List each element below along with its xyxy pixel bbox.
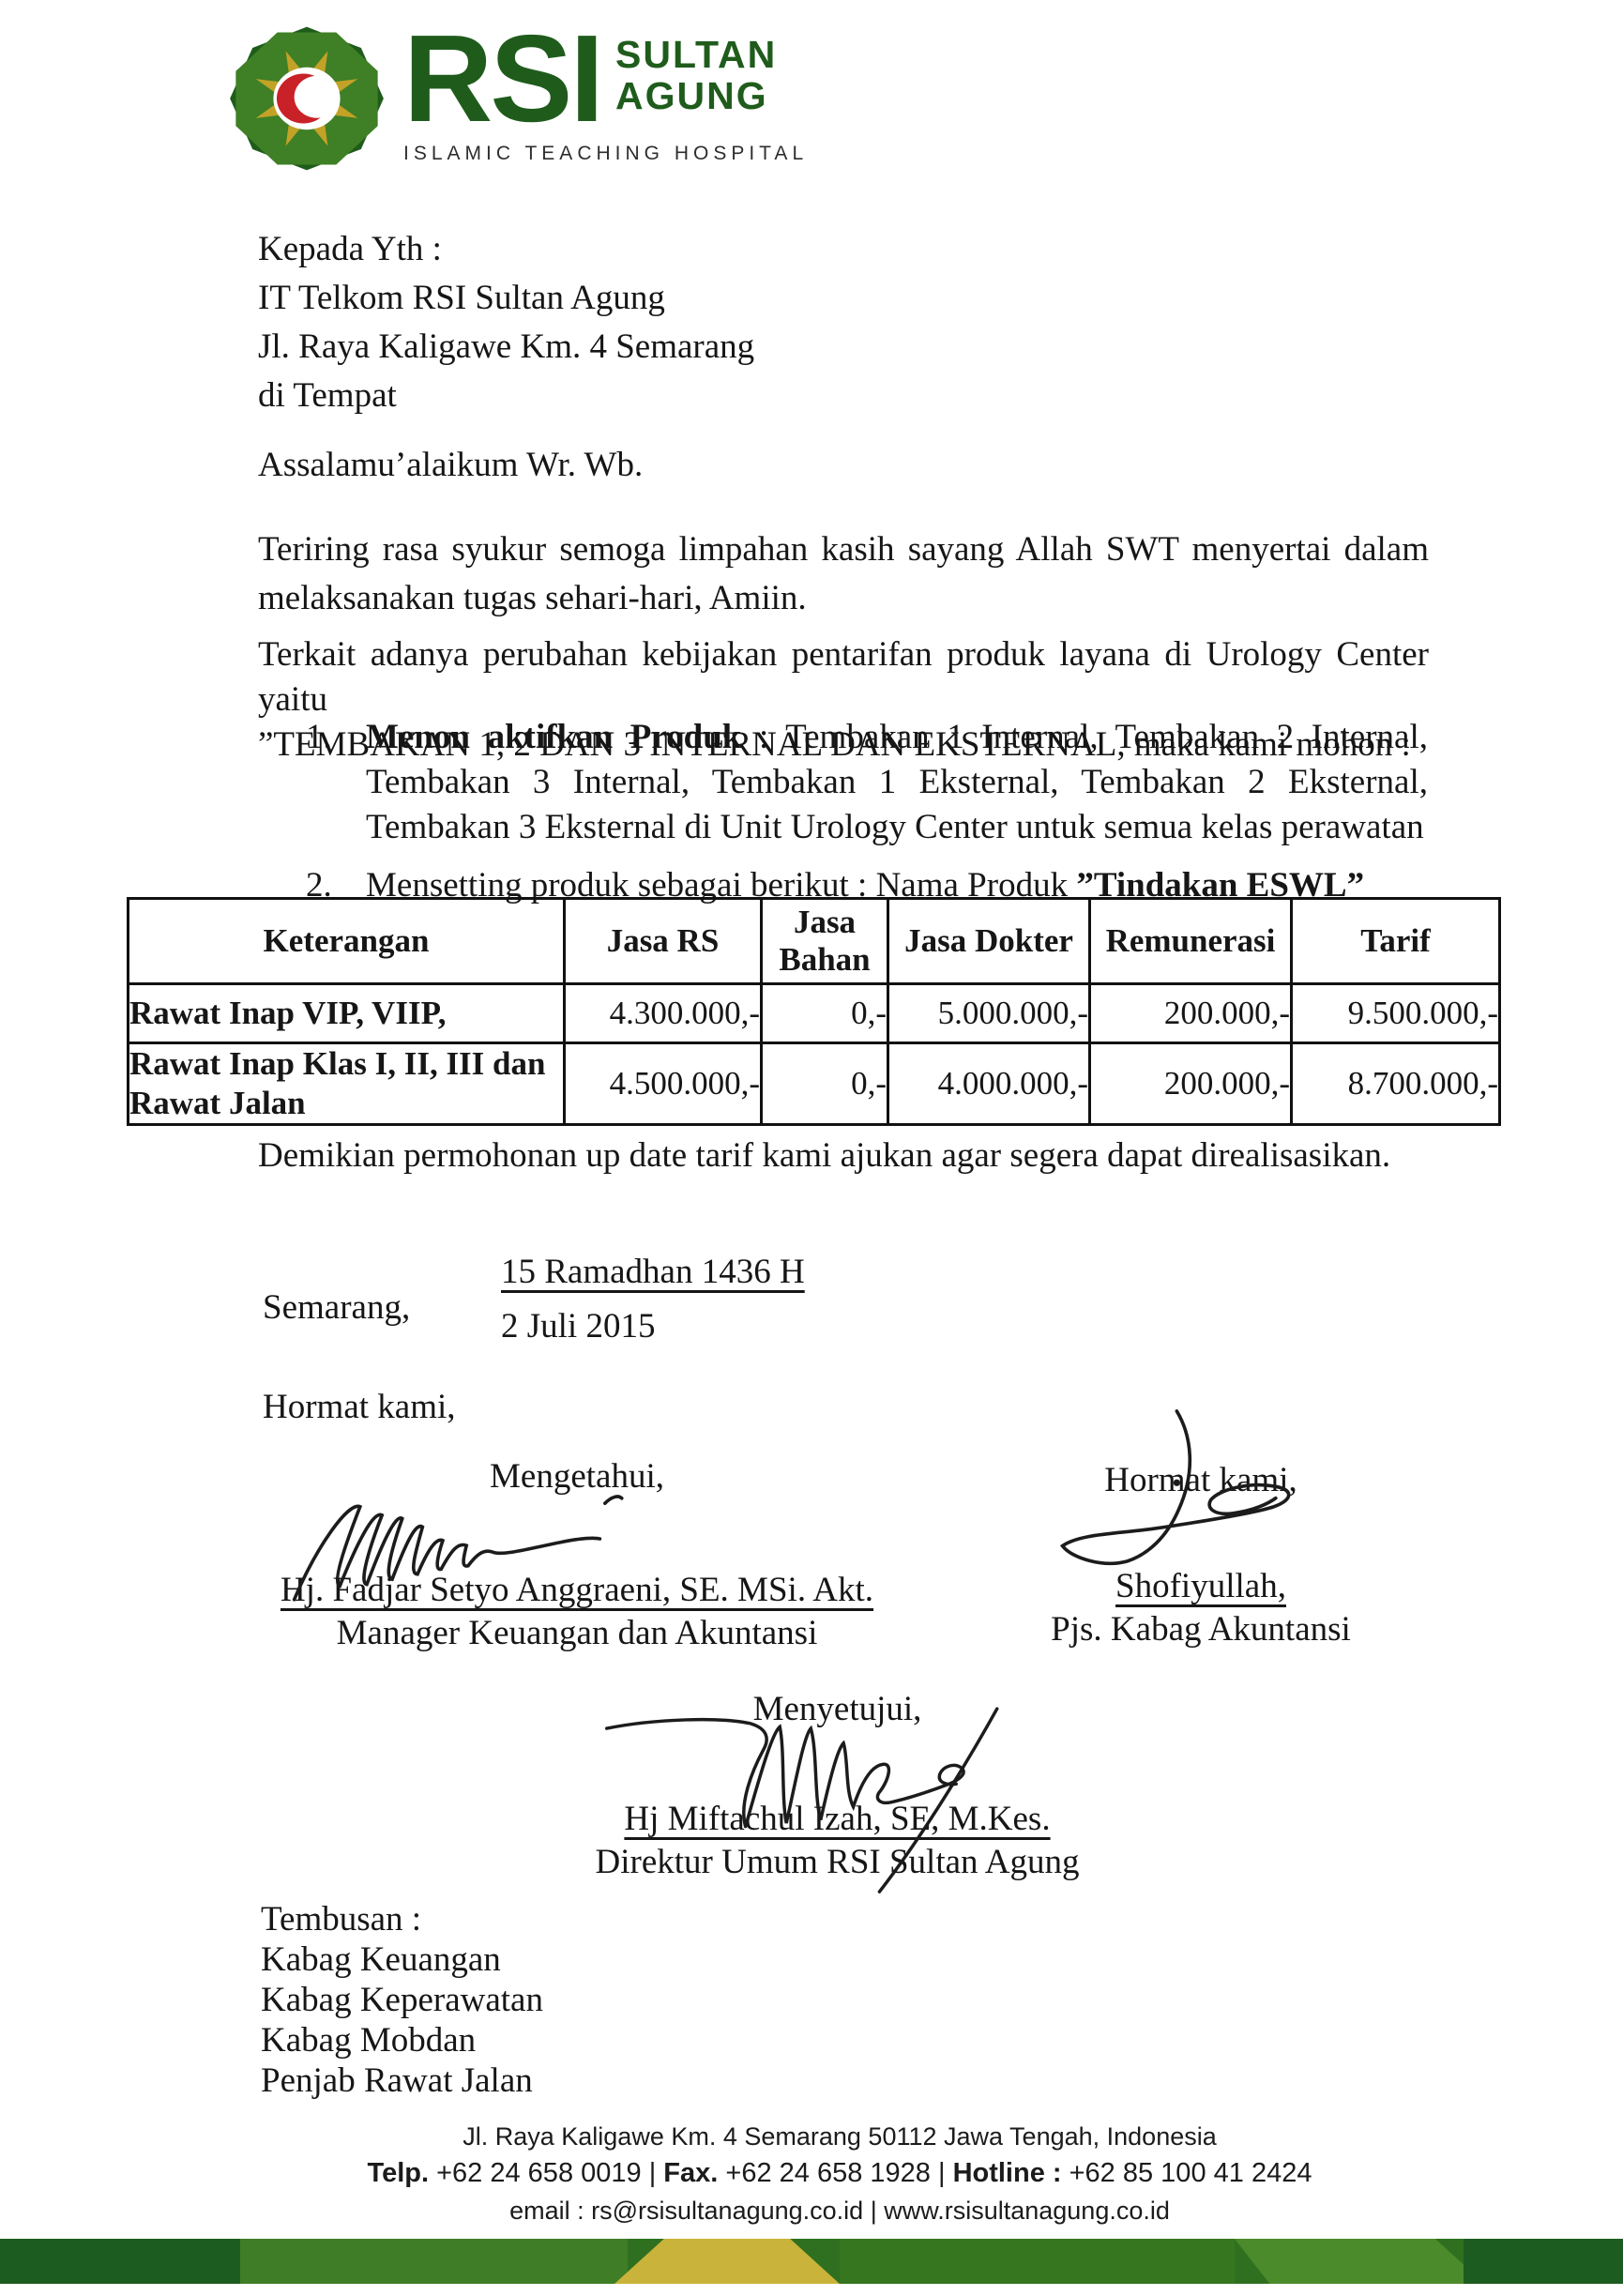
tariff-table: Keterangan Jasa RS Jasa Bahan Jasa Dokte… bbox=[127, 897, 1501, 1126]
recipient-block: Kepada Yth : IT Telkom RSI Sultan Agung … bbox=[258, 225, 754, 420]
recipient-line: IT Telkom RSI Sultan Agung bbox=[258, 274, 754, 323]
recipient-line: Jl. Raya Kaligawe Km. 4 Semarang bbox=[258, 323, 754, 372]
signature-heading: Mengetahui, bbox=[272, 1456, 882, 1497]
dateline-hijri: 15 Ramadhan 1436 H bbox=[501, 1252, 805, 1292]
tembusan-item: Penjab Rawat Jalan bbox=[261, 2060, 543, 2101]
bar-segment bbox=[1464, 2239, 1623, 2284]
signatory-role: Direktur Umum RSI Sultan Agung bbox=[582, 1842, 1093, 1882]
signatory-role: Pjs. Kabag Akuntansi bbox=[1013, 1609, 1388, 1650]
bar-segment bbox=[0, 2239, 240, 2284]
signatory-role: Manager Keuangan dan Akuntansi bbox=[272, 1613, 882, 1653]
table-cell: 0,- bbox=[762, 984, 888, 1043]
brand-tagline: ISLAMIC TEACHING HOSPITAL bbox=[403, 143, 808, 165]
column-header: Jasa Dokter bbox=[888, 899, 1090, 984]
table-cell: 9.500.000,- bbox=[1292, 984, 1500, 1043]
hotline-value: +62 85 100 41 2424 bbox=[1062, 2158, 1312, 2188]
table-cell: Rawat Inap Klas I, II, III dan Rawat Jal… bbox=[129, 1043, 565, 1125]
hotline-label: Hotline : bbox=[953, 2158, 1062, 2188]
footer-email-web: email : rs@rsisultanagung.co.id | www.rs… bbox=[56, 2192, 1623, 2229]
table-header-row: Keterangan Jasa RS Jasa Bahan Jasa Dokte… bbox=[129, 899, 1500, 984]
footer-phone-line: Telp. +62 24 658 0019 | Fax. +62 24 658 … bbox=[56, 2154, 1623, 2192]
column-header: Remunerasi bbox=[1090, 899, 1292, 984]
telp-label: Telp. bbox=[368, 2158, 430, 2188]
bar-segment-gold bbox=[614, 2239, 840, 2284]
table-cell: 8.700.000,- bbox=[1292, 1043, 1500, 1125]
dateline-gregorian: 2 Juli 2015 bbox=[501, 1306, 655, 1346]
paragraph-line: Menon aktifkan Produk : Tembakan 1 Inter… bbox=[366, 715, 1428, 760]
brand-name-line1: SULTAN bbox=[615, 34, 777, 75]
table-cell: 200.000,- bbox=[1090, 1043, 1292, 1125]
table-cell: 0,- bbox=[762, 1043, 888, 1125]
tembusan-block: Tembusan : Kabag Keuangan Kabag Keperawa… bbox=[261, 1899, 543, 2101]
signatory-name: Shofiyullah, bbox=[1013, 1566, 1388, 1606]
tembusan-item: Kabag Keuangan bbox=[261, 1939, 543, 1980]
footer-decorative-bar bbox=[0, 2239, 1623, 2284]
closing-line: Demikian permohonan up date tarif kami a… bbox=[258, 1135, 1478, 1176]
list-item-bold: Menon aktifkan Produk bbox=[366, 718, 741, 756]
opening-paragraph: Teriring rasa syukur semoga limpahan kas… bbox=[258, 525, 1429, 623]
signature-heading: Hormat kami, bbox=[1013, 1460, 1388, 1500]
list-number: 1. bbox=[306, 715, 332, 760]
brand-name: SULTAN AGUNG bbox=[615, 34, 777, 116]
fax-value: +62 24 658 1928 | bbox=[718, 2158, 952, 2188]
table-cell: 200.000,- bbox=[1090, 984, 1292, 1043]
telp-value: +62 24 658 0019 | bbox=[429, 2158, 663, 2188]
column-header: Jasa Bahan bbox=[762, 899, 888, 984]
signature-block-center: Menyetujui, Hj Miftachul Izah, SE, M.Kes… bbox=[582, 1689, 1093, 1882]
fax-label: Fax. bbox=[663, 2158, 718, 2188]
salutation: Assalamu’alaikum Wr. Wb. bbox=[258, 441, 643, 490]
paragraph-line: Teriring rasa syukur semoga limpahan kas… bbox=[258, 525, 1429, 574]
footer-address: Jl. Raya Kaligawe Km. 4 Semarang 50112 J… bbox=[56, 2119, 1623, 2154]
tembusan-title: Tembusan : bbox=[261, 1899, 543, 1939]
paragraph-line: Terkait adanya perubahan kebijakan penta… bbox=[258, 632, 1429, 722]
table-row: Rawat Inap Klas I, II, III dan Rawat Jal… bbox=[129, 1043, 1500, 1125]
tembusan-item: Kabag Keperawatan bbox=[261, 1980, 543, 2020]
dateline-city: Semarang, bbox=[263, 1287, 410, 1328]
signature-block-left: Mengetahui, Hj. Fadjar Setyo Anggraeni, … bbox=[272, 1456, 882, 1653]
table-cell: Rawat Inap VIP, VIIP, bbox=[129, 984, 565, 1043]
recipient-line: Kepada Yth : bbox=[258, 225, 754, 274]
list-item-text: : Tembakan 1 Internal, Tembakan 2 Intern… bbox=[741, 718, 1428, 756]
table-row: Rawat Inap VIP, VIIP, 4.300.000,- 0,- 5.… bbox=[129, 984, 1500, 1043]
brand-name-line2: AGUNG bbox=[615, 75, 777, 116]
signature-heading: Menyetujui, bbox=[582, 1689, 1093, 1729]
table-cell: 5.000.000,- bbox=[888, 984, 1090, 1043]
signature-block-right: Hormat kami, Shofiyullah, Pjs. Kabag Aku… bbox=[1013, 1460, 1388, 1650]
regards-line: Hormat kami, bbox=[263, 1387, 456, 1427]
table-cell: 4.000.000,- bbox=[888, 1043, 1090, 1125]
table-cell: 4.500.000,- bbox=[565, 1043, 762, 1125]
list-item-1: 1. Menon aktifkan Produk : Tembakan 1 In… bbox=[306, 715, 1428, 850]
bar-segment bbox=[240, 2239, 628, 2284]
hospital-logo-icon bbox=[223, 21, 390, 176]
paragraph-line: Tembakan 3 Internal, Tembakan 1 Eksterna… bbox=[366, 760, 1428, 805]
bar-segment bbox=[840, 2239, 1235, 2284]
signatory-name: Hj Miftachul Izah, SE, M.Kes. bbox=[582, 1799, 1093, 1839]
tembusan-item: Kabag Mobdan bbox=[261, 2020, 543, 2060]
signatory-name: Hj. Fadjar Setyo Anggraeni, SE. MSi. Akt… bbox=[272, 1570, 882, 1610]
brand-acronym: RSI bbox=[403, 26, 601, 131]
table-cell: 4.300.000,- bbox=[565, 984, 762, 1043]
footer-contact-block: Jl. Raya Kaligawe Km. 4 Semarang 50112 J… bbox=[56, 2119, 1623, 2229]
paragraph-line: melaksanakan tugas sehari-hari, Amiin. bbox=[258, 574, 1429, 623]
scanned-letter-page: RSI SULTAN AGUNG ISLAMIC TEACHING HOSPIT… bbox=[0, 0, 1623, 2296]
recipient-line: di Tempat bbox=[258, 372, 754, 420]
bar-segment bbox=[1235, 2239, 1485, 2284]
column-header: Keterangan bbox=[129, 899, 565, 984]
paragraph-line: Tembakan 3 Eksternal di Unit Urology Cen… bbox=[366, 805, 1428, 850]
column-header: Jasa RS bbox=[565, 899, 762, 984]
column-header: Tarif bbox=[1292, 899, 1500, 984]
